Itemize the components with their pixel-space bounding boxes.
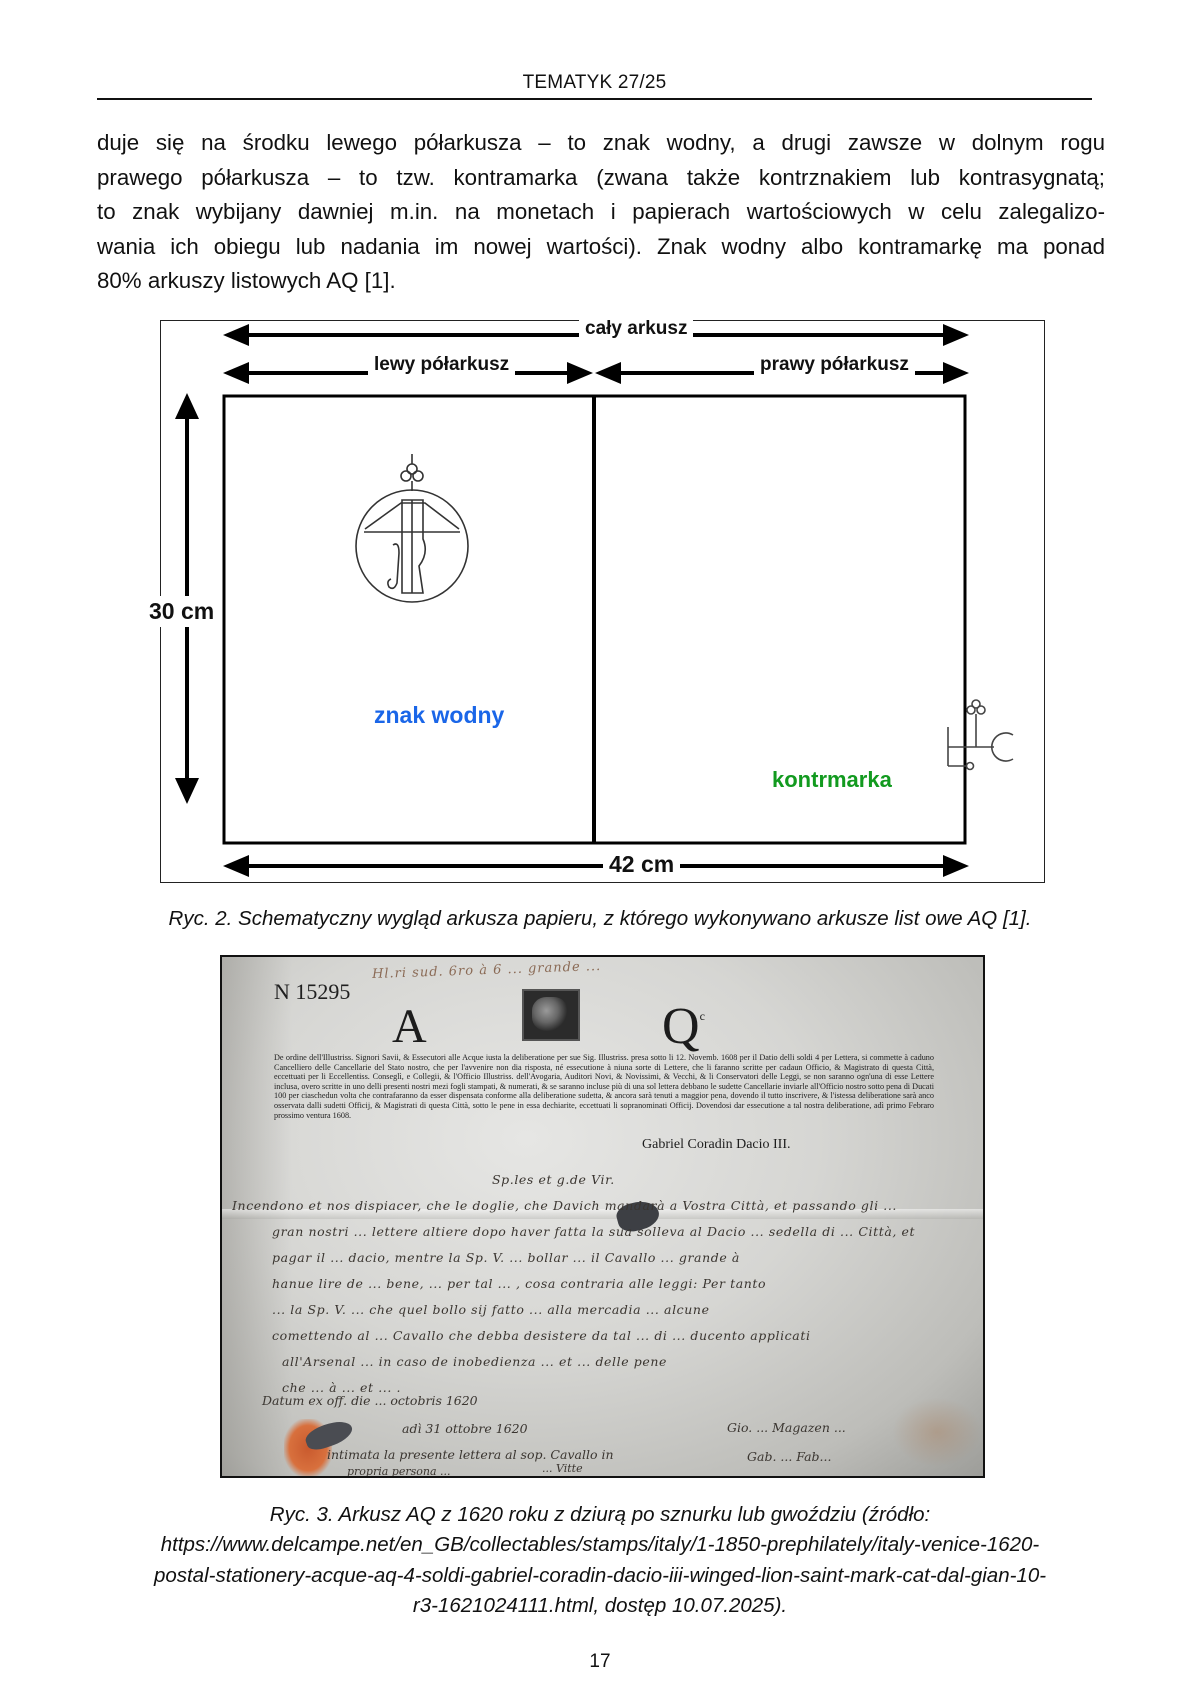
handwritten-line: comettendo al ... Cavallo che debba desi… bbox=[232, 1323, 972, 1349]
handwritten-line: hanue lire de ... bene, ... per tal ... … bbox=[232, 1271, 972, 1297]
watermark-bow-circle-icon bbox=[356, 454, 468, 602]
handwritten-top-note: Hl.ri sud. 6ro à 6 ... grande ... bbox=[372, 959, 602, 982]
letter-q-superscript: c bbox=[700, 1009, 705, 1023]
winged-lion-icon bbox=[522, 989, 580, 1041]
printed-signature: Gabriel Coradin Dacio III. bbox=[642, 1137, 791, 1153]
left-half-label: lewy półarkusz bbox=[368, 354, 515, 376]
handwritten-line: ... la Sp. V. ... che quel bollo sij fat… bbox=[232, 1297, 972, 1323]
handwritten-bottom-line: intimata la presente lettera al sop. Cav… bbox=[327, 1447, 614, 1462]
paper-stain bbox=[892, 1397, 982, 1467]
printed-decree-text: De ordine dell'Illustriss. Signori Savii… bbox=[274, 1053, 934, 1120]
countermark-trefoil-icon bbox=[948, 700, 1013, 770]
aq-sheet-photo: Hl.ri sud. 6ro à 6 ... grande ... N 1529… bbox=[220, 955, 985, 1478]
caption-source-link[interactable]: https://www.delcampe.net/en_GB/collectab… bbox=[80, 1530, 1120, 1560]
running-header: TEMATYK 27/25 bbox=[97, 72, 1092, 94]
caption-source-link[interactable]: postal-stationery-acque-aq-4-soldi-gabri… bbox=[80, 1561, 1120, 1591]
page-number: 17 bbox=[0, 1651, 1200, 1673]
body-line: wania ich obiegu lub nadania im nowej wa… bbox=[97, 230, 1105, 265]
letter-q: Qc bbox=[662, 997, 705, 1056]
caption-line: r3-1621024111.html, dostęp 10.07.2025). bbox=[80, 1591, 1120, 1621]
handwritten-letter: Sp.les et g.de Vir. Incendono et nos dis… bbox=[232, 1167, 972, 1401]
handwritten-date: Datum ex off. die ... octobris 1620 bbox=[262, 1393, 478, 1408]
handwritten-line: all'Arsenal ... in caso de inobedienza .… bbox=[232, 1349, 972, 1375]
handwritten-signature: Gio. ... Magazen ... bbox=[727, 1420, 846, 1435]
sheet-number: N 15295 bbox=[274, 979, 350, 1005]
handwritten-line: Sp.les et g.de Vir. bbox=[232, 1167, 972, 1193]
width-arrow bbox=[223, 855, 969, 877]
body-paragraph: duje się na środku lewego półarkusza – t… bbox=[97, 126, 1105, 299]
right-half-label: prawy półarkusz bbox=[754, 354, 915, 376]
width-label: 42 cm bbox=[603, 851, 680, 878]
body-line: to znak wybijany dawniej m.in. na moneta… bbox=[97, 195, 1105, 230]
body-line: prawego półarkusza – to tzw. kontramarka… bbox=[97, 161, 1105, 196]
handwritten-line: gran nostri ... lettere altiere dopo hav… bbox=[232, 1219, 972, 1245]
caption-line: Ryc. 3. Arkusz AQ z 1620 roku z dziurą p… bbox=[80, 1500, 1120, 1530]
handwritten-bottom-line: adì 31 ottobre 1620 bbox=[402, 1421, 528, 1436]
header-rule bbox=[97, 98, 1092, 100]
whole-sheet-label: cały arkusz bbox=[579, 318, 693, 340]
handwritten-signature: Gab. ... Fab... bbox=[747, 1449, 831, 1464]
handwritten-bottom-line: propria persona ... bbox=[347, 1465, 451, 1478]
letter-q-text: Q bbox=[662, 998, 700, 1055]
sheet-schematic-figure: cały arkusz lewy półarkusz prawy półarku… bbox=[160, 320, 1045, 883]
body-line: 80% arkuszy listowych AQ [1]. bbox=[97, 264, 1105, 299]
watermark-label: znak wodny bbox=[374, 702, 504, 729]
handwritten-bottom-line: ... Vitte bbox=[542, 1462, 583, 1475]
handwritten-line: pagar il ... dacio, mentre la Sp. V. ...… bbox=[232, 1245, 972, 1271]
figure3-caption: Ryc. 3. Arkusz AQ z 1620 roku z dziurą p… bbox=[80, 1500, 1120, 1621]
height-label: 30 cm bbox=[149, 596, 214, 627]
letter-a: A bbox=[392, 999, 427, 1054]
countermark-label: kontrmarka bbox=[772, 767, 892, 793]
body-line: duje się na środku lewego półarkusza – t… bbox=[97, 126, 1105, 161]
handwritten-line: Incendono et nos dispiacer, che le dogli… bbox=[232, 1193, 972, 1219]
figure2-caption: Ryc. 2. Schematyczny wygląd arkusza papi… bbox=[60, 907, 1140, 931]
schematic-lines bbox=[161, 321, 1046, 884]
